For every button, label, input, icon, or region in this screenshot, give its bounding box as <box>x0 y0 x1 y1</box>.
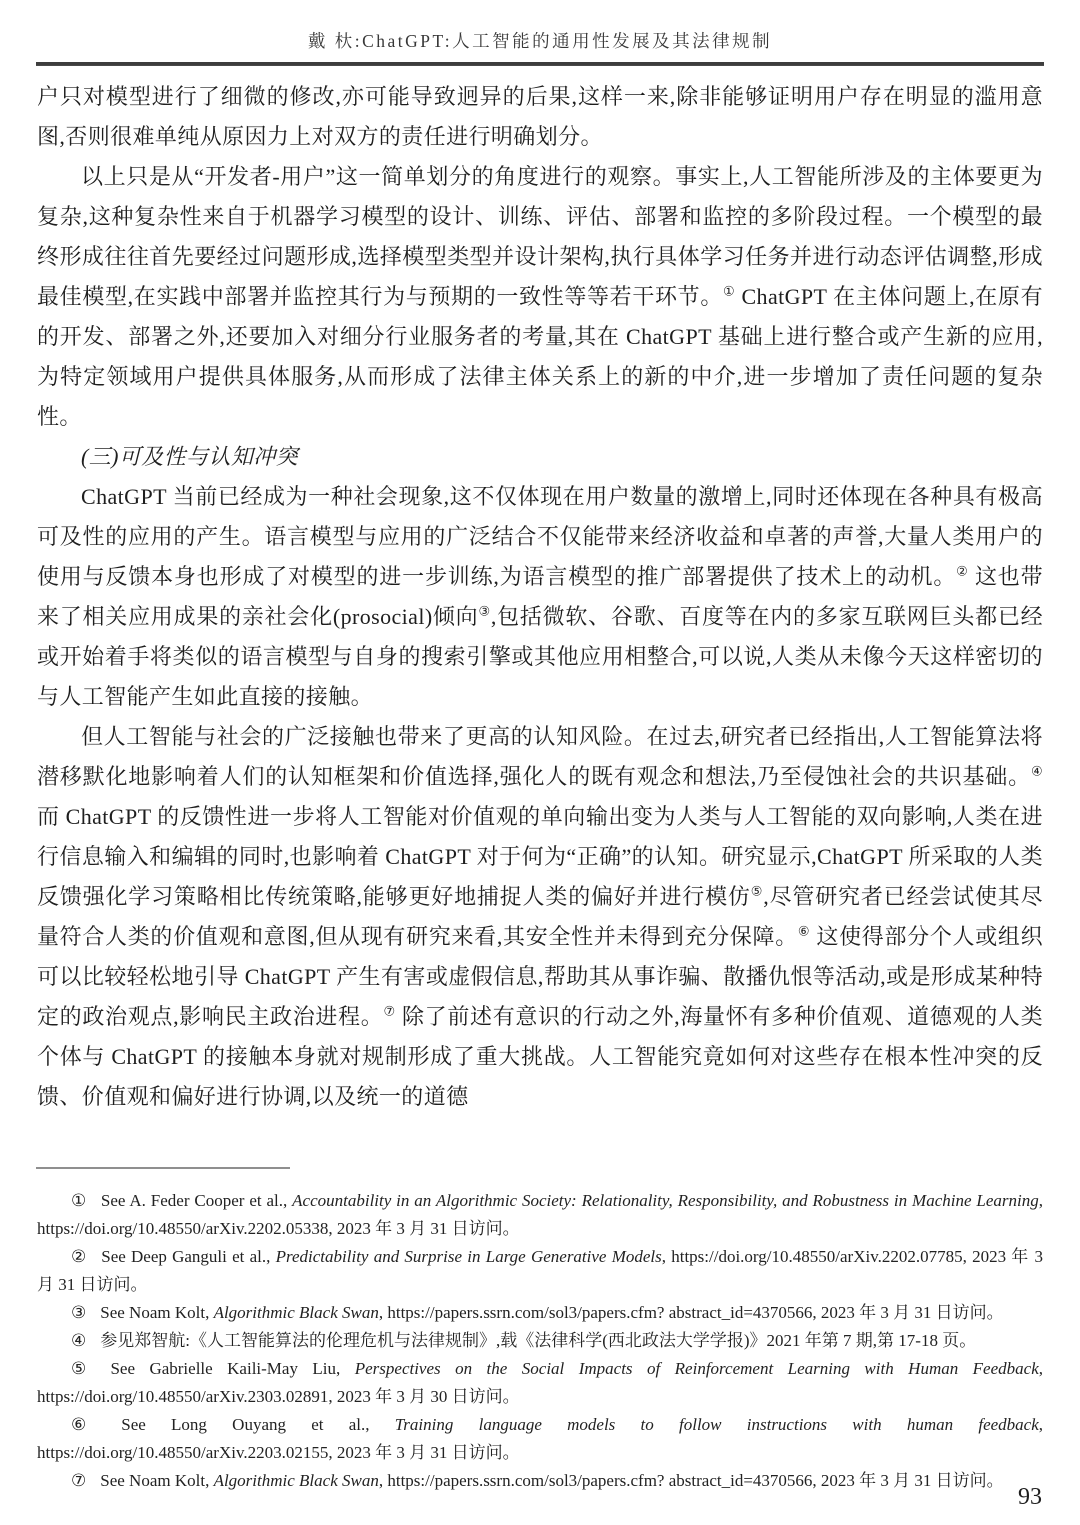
footnote-list: ①See A. Feder Cooper et al., Accountabil… <box>37 1187 1043 1495</box>
text-run: See A. Feder Cooper et al., <box>101 1191 292 1210</box>
section-heading: (三)可及性与认知冲突 <box>37 437 1043 477</box>
running-header-title: 戴 杕:ChatGPT:人工智能的通用性发展及其法律规制 <box>0 0 1080 53</box>
text-run: , https://papers.ssrn.com/sol3/papers.cf… <box>379 1471 1004 1490</box>
footnote-ref: ④ <box>1031 764 1043 779</box>
text-run: See Noam Kolt, <box>100 1303 213 1322</box>
footnote-item: ①See A. Feder Cooper et al., Accountabil… <box>37 1187 1043 1243</box>
footnote-number: ⑤ <box>71 1359 96 1378</box>
footnote-item: ③See Noam Kolt, Algorithmic Black Swan, … <box>37 1299 1043 1327</box>
italic-text: Algorithmic Black Swan <box>214 1303 379 1322</box>
italic-text: Predictability and Surprise in Large Gen… <box>276 1247 662 1266</box>
footnote-item: ⑥See Long Ouyang et al., Training langua… <box>37 1411 1043 1467</box>
footnote-number: ⑦ <box>71 1471 86 1490</box>
text-run: (三)可及性与认知冲突 <box>81 444 298 469</box>
body-paragraph: ChatGPT 当前已经成为一种社会现象,这不仅体现在用户数量的激增上,同时还体… <box>37 477 1043 717</box>
italic-text: Algorithmic Black Swan <box>214 1471 379 1490</box>
text-run: , https://papers.ssrn.com/sol3/papers.cf… <box>379 1303 1004 1322</box>
text-run: See Long Ouyang et al., <box>121 1415 395 1434</box>
italic-text: Training language models to follow instr… <box>395 1415 1039 1434</box>
header-double-rule <box>36 62 1044 66</box>
text-run: See Deep Ganguli et al., <box>101 1247 275 1266</box>
article-body: 户只对模型进行了细微的修改,亦可能导致迥异的后果,这样一来,除非能够证明用户存在… <box>37 77 1043 1117</box>
text-run: ChatGPT 当前已经成为一种社会现象,这不仅体现在用户数量的激增上,同时还体… <box>37 484 1043 589</box>
journal-page: 戴 杕:ChatGPT:人工智能的通用性发展及其法律规制 户只对模型进行了细微的… <box>0 0 1080 1525</box>
footnote-ref: ⑥ <box>798 924 810 939</box>
footnote-ref: ① <box>723 284 735 299</box>
footnote-ref: ⑤ <box>751 884 763 899</box>
italic-text: Accountability in an Algorithmic Society… <box>292 1191 1039 1210</box>
text-run: See Gabrielle Kaili-May Liu, <box>110 1359 354 1378</box>
footnote-number: ④ <box>71 1331 86 1350</box>
italic-text: Perspectives on the Social Impacts of Re… <box>355 1359 1039 1378</box>
page-number: 93 <box>1018 1484 1042 1511</box>
text-run: 户只对模型进行了细微的修改,亦可能导致迥异的后果,这样一来,除非能够证明用户存在… <box>37 84 1043 149</box>
body-paragraph: 户只对模型进行了细微的修改,亦可能导致迥异的后果,这样一来,除非能够证明用户存在… <box>37 77 1043 157</box>
footnote-ref: ⑦ <box>383 1004 395 1019</box>
text-run: See Noam Kolt, <box>100 1471 213 1490</box>
text-run: 但人工智能与社会的广泛接触也带来了更高的认知风险。在过去,研究者已经指出,人工智… <box>37 724 1043 789</box>
footnote-number: ① <box>71 1191 87 1210</box>
footnote-ref: ② <box>956 564 968 579</box>
footnote-number: ③ <box>71 1303 86 1322</box>
footnote-number: ② <box>71 1247 87 1266</box>
body-paragraph: 但人工智能与社会的广泛接触也带来了更高的认知风险。在过去,研究者已经指出,人工智… <box>37 717 1043 1117</box>
footnote-item: ⑤See Gabrielle Kaili-May Liu, Perspectiv… <box>37 1355 1043 1411</box>
footnote-separator-rule <box>36 1167 290 1169</box>
footnote-item: ④参见郑智航:《人工智能算法的伦理危机与法律规制》,载《法律科学(西北政法大学学… <box>37 1327 1043 1355</box>
footnote-number: ⑥ <box>71 1415 107 1434</box>
footnote-item: ⑦See Noam Kolt, Algorithmic Black Swan, … <box>37 1467 1043 1495</box>
text-run: 参见郑智航:《人工智能算法的伦理危机与法律规制》,载《法律科学(西北政法大学学报… <box>100 1331 976 1350</box>
footnote-ref: ③ <box>478 604 490 619</box>
body-paragraph: 以上只是从“开发者-用户”这一简单划分的角度进行的观察。事实上,人工智能所涉及的… <box>37 157 1043 437</box>
footnote-item: ②See Deep Ganguli et al., Predictability… <box>37 1243 1043 1299</box>
